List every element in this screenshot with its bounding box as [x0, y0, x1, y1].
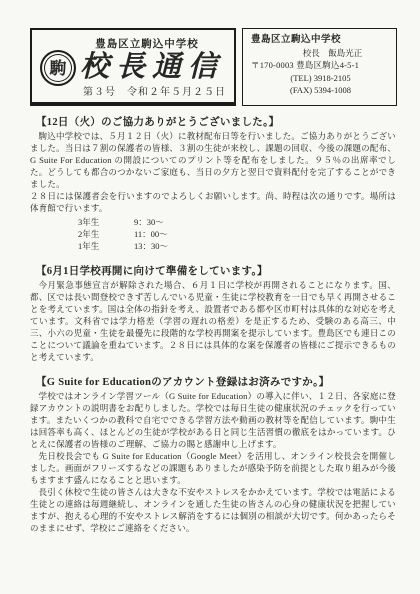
- section-paragraph: 長引く休校で生徒の皆さんは大きな不安やストレスをかかえています。学校では電話によ…: [30, 486, 396, 534]
- schedule-time: 9：30～: [134, 216, 164, 228]
- schedule-time: 13：30～: [134, 240, 168, 252]
- emblem-character: 駒: [50, 60, 67, 77]
- section-paragraph: ２８日には保護者会を行いますのでよろしくお願いします。尚、時程は次の通りです。場…: [30, 190, 396, 214]
- schedule-row: 2年生 11：00～: [78, 228, 396, 240]
- schedule-grade: 2年生: [78, 228, 112, 240]
- section-heading: 【6月1日学校再開に向けて準備をしています。】: [30, 265, 396, 279]
- newsletter-body: 【12日（火）のご協力ありがとうございました。】 駒込中学校では、５月１２日（火…: [30, 116, 396, 547]
- masthead-box: 駒 豊島区立駒込中学校 校長通信 第３号 令和２年５月２５日: [30, 28, 236, 106]
- issue-and-date: 第３号 令和２年５月２５日: [38, 83, 228, 98]
- school-address: 〒170-0003 豊島区駒込4-5-1: [251, 59, 390, 72]
- section-gsuite: 【G Suite for Educationのアカウント登録はお済みですか。】 …: [30, 376, 396, 534]
- contact-info-box: 豊島区立駒込中学校 校長 飯島光正 〒170-0003 豊島区駒込4-5-1 (…: [242, 28, 397, 106]
- section-heading: 【12日（火）のご協力ありがとうございました。】: [30, 116, 396, 130]
- principal-name: 校長 飯島光正: [251, 47, 390, 60]
- section-paragraph: 学校ではオンライン学習ツール（G Suite for Education）の導入…: [30, 390, 396, 450]
- schedule-time: 11：00～: [134, 228, 168, 240]
- school-emblem-icon: 駒: [40, 50, 76, 86]
- section-paragraph: 駒込中学校では、５月１２日（火）に教材配布日等を行いました。ご協力ありがとうござ…: [30, 130, 396, 190]
- masthead-school-name: 豊島区立駒込中学校: [38, 36, 228, 51]
- section-reopening: 【6月1日学校再開に向けて準備をしています。】 今月緊急事態宣言が解除された場合…: [30, 265, 396, 363]
- school-fax: (FAX) 5394-1008: [251, 84, 390, 97]
- section-paragraph: 今月緊急事態宣言が解除された場合、６月１日に学校が再開されることになります。国、…: [30, 279, 396, 363]
- section-thanks: 【12日（火）のご協力ありがとうございました。】 駒込中学校では、５月１２日（火…: [30, 116, 396, 252]
- schedule-grade: 3年生: [78, 216, 112, 228]
- schedule-row: 1年生 13：30～: [78, 240, 396, 252]
- schedule-grade: 1年生: [78, 240, 112, 252]
- school-tel: (TEL) 3918-2105: [251, 72, 390, 85]
- section-heading: 【G Suite for Educationのアカウント登録はお済みですか。】: [30, 376, 396, 390]
- contact-school-name: 豊島区立駒込中学校: [251, 34, 390, 47]
- newsletter-page: 駒 豊島区立駒込中学校 校長通信 第３号 令和２年５月２５日 豊島区立駒込中学校…: [0, 0, 420, 594]
- newsletter-header: 駒 豊島区立駒込中学校 校長通信 第３号 令和２年５月２５日 豊島区立駒込中学校…: [30, 28, 397, 106]
- parents-meeting-schedule: 3年生 9：30～ 2年生 11：00～ 1年生 13：30～: [78, 216, 396, 252]
- section-paragraph: 先日校長会でも G Suite for Education（Google Mee…: [30, 450, 396, 486]
- schedule-row: 3年生 9：30～: [78, 216, 396, 228]
